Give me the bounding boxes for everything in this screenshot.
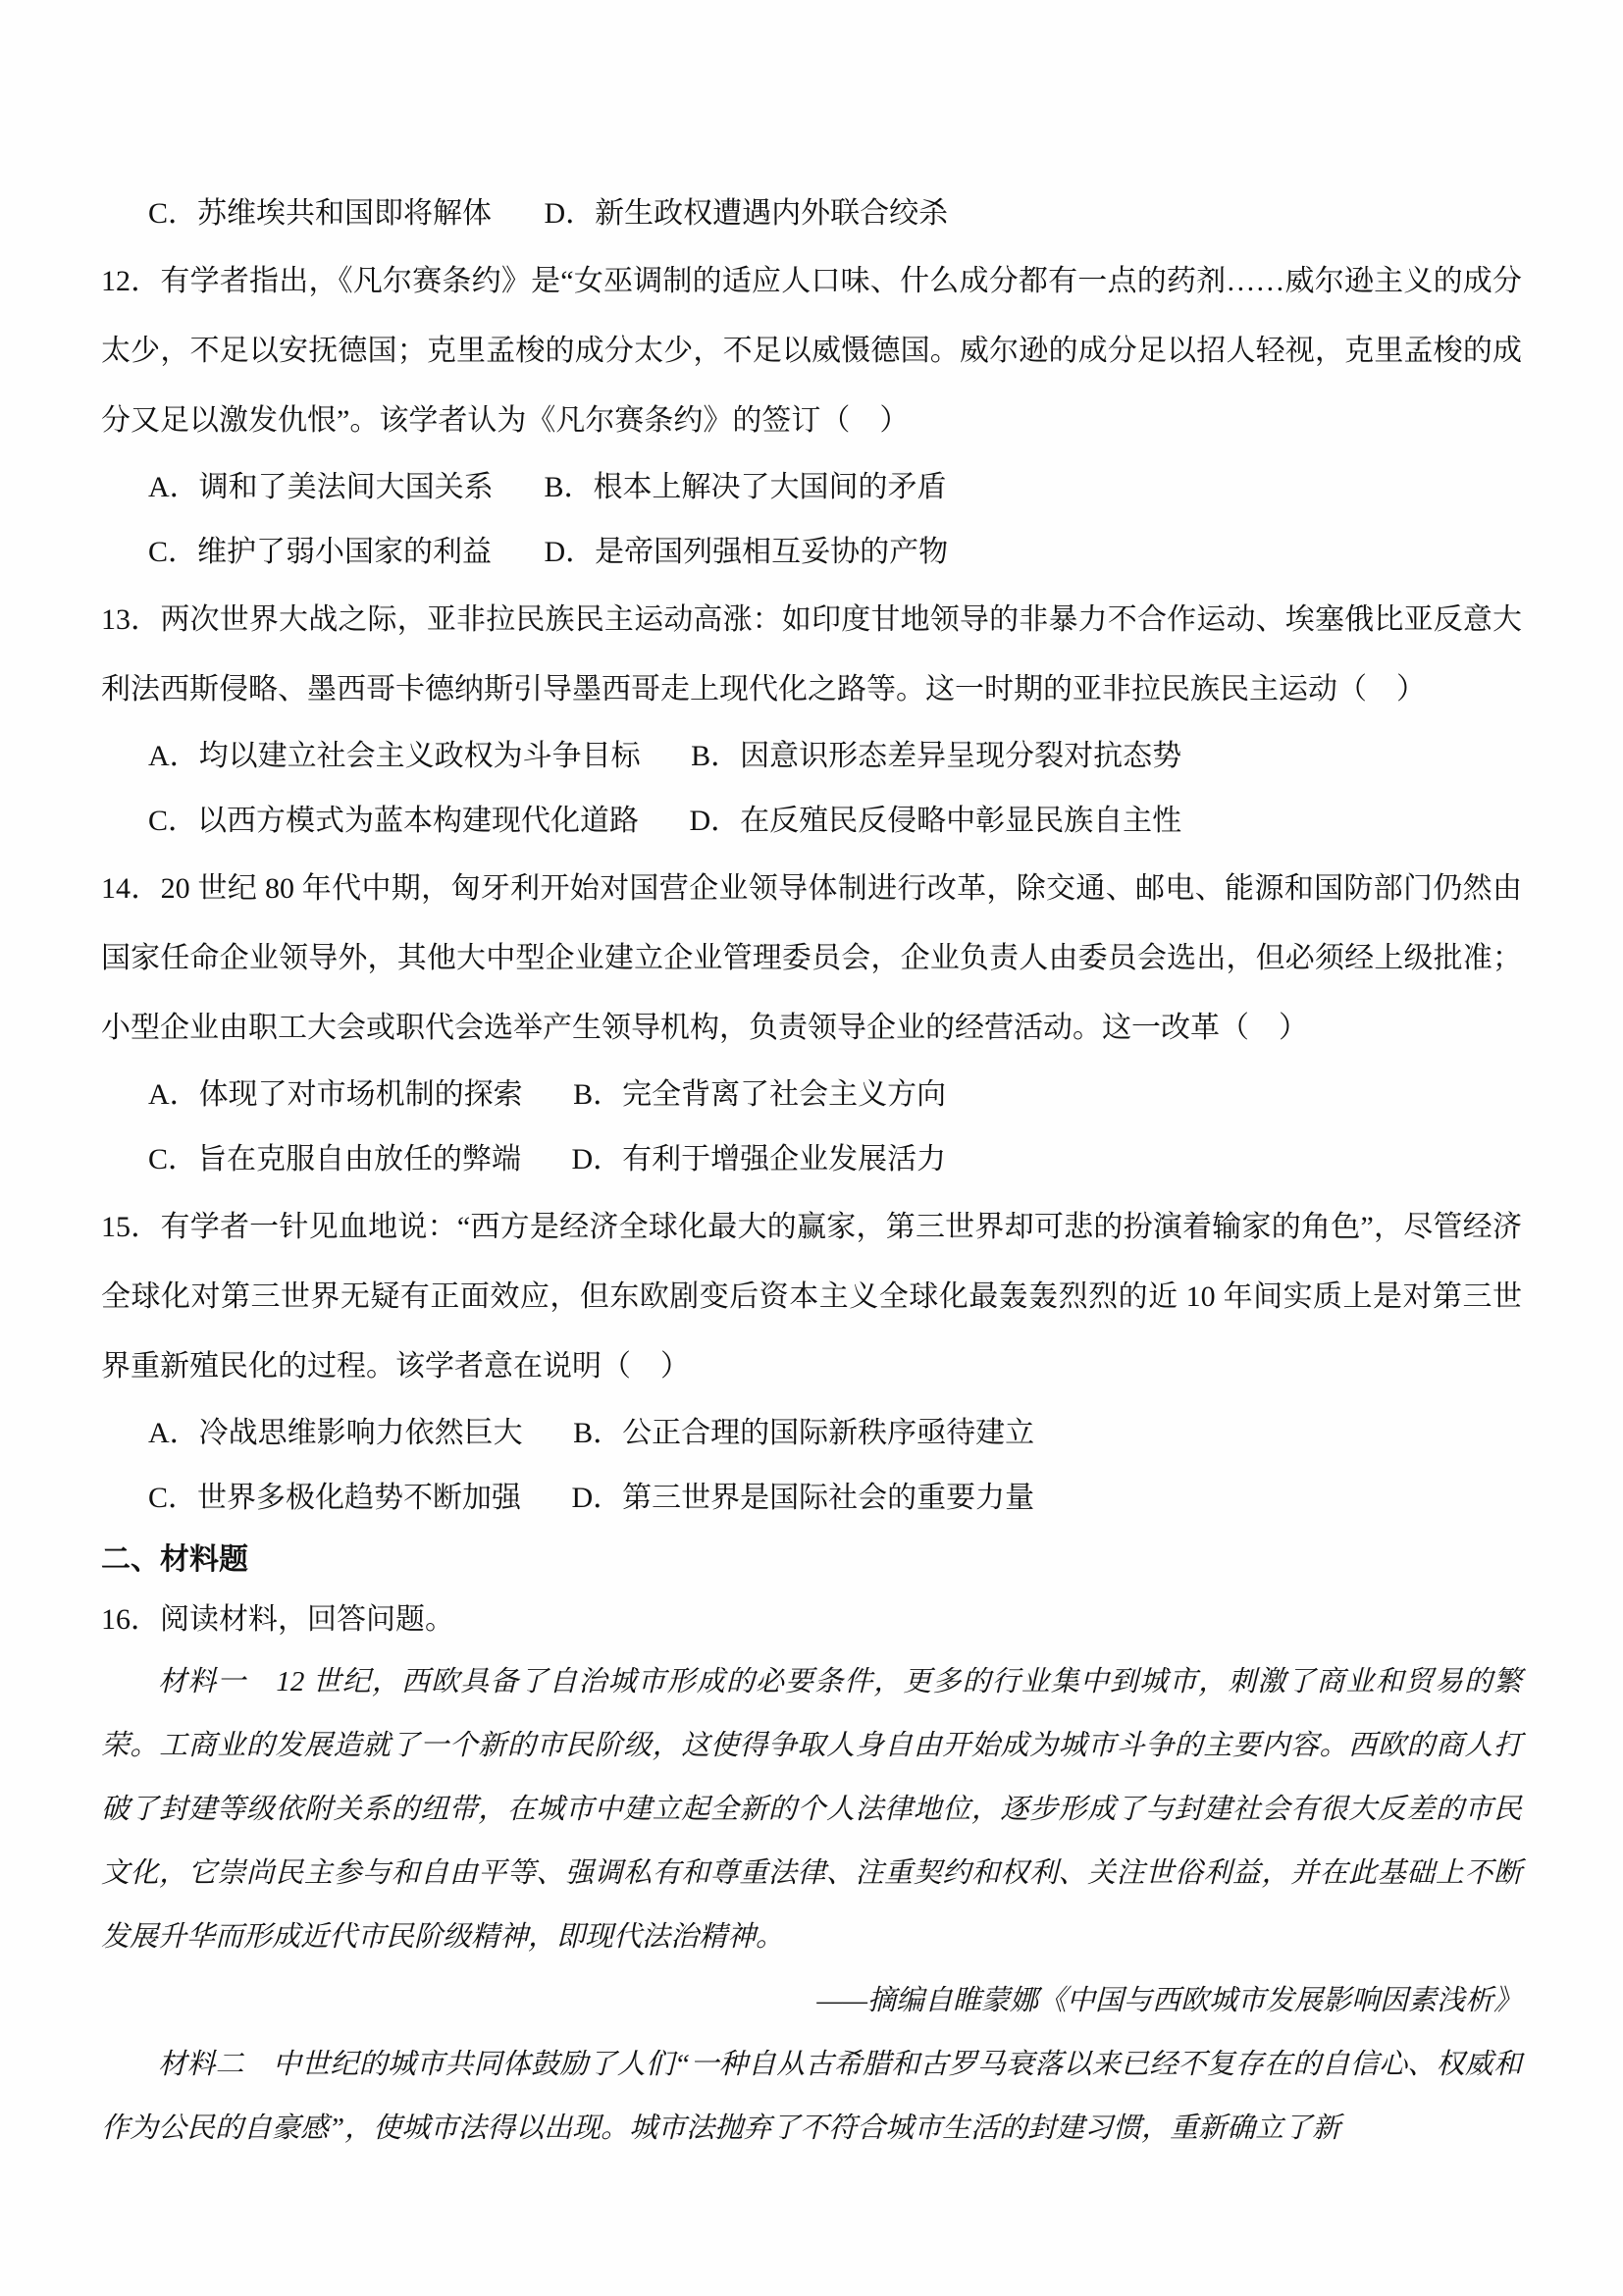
- q11-option-c: C．苏维埃共和国即将解体: [148, 182, 494, 246]
- q12-option-a: A．调和了美法间大国关系: [148, 455, 494, 520]
- q14-option-a: A．体现了对市场机制的探索: [148, 1063, 523, 1127]
- q15-option-d: D．第三世界是国际社会的重要力量: [572, 1482, 1035, 1514]
- question-14-stem: 14．20 世纪 80 年代中期，匈牙利开始对国营企业领导体制进行改革，除交通、…: [101, 854, 1522, 1063]
- q13-option-b: B．因意识形态差异呈现分裂对抗态势: [691, 740, 1181, 772]
- q15-option-b: B．公正合理的国际新秩序亟待建立: [573, 1417, 1034, 1449]
- q13-option-d: D．在反殖民反侵略中彰显民族自主性: [690, 805, 1182, 837]
- question-16-material-1-attribution: ——摘编自睢蒙娜《中国与西欧城市发展影响因素浅析》: [101, 1969, 1522, 2033]
- question-12-options-row-ab: A．调和了美法间大国关系 B．根本上解决了大国间的矛盾: [148, 455, 1522, 520]
- question-12-options-row-cd: C．维护了弱小国家的利益 D．是帝国列强相互妥协的产物: [148, 520, 1522, 585]
- question-15-options-row-cd: C．世界多极化趋势不断加强 D．第三世界是国际社会的重要力量: [148, 1466, 1522, 1531]
- section-2-header: 二、材料题: [101, 1531, 1522, 1590]
- q13-option-c: C．以西方模式为蓝本构建现代化道路: [148, 789, 639, 854]
- q12-option-c: C．维护了弱小国家的利益: [148, 520, 494, 585]
- q12-option-d: D．是帝国列强相互妥协的产物: [545, 536, 949, 568]
- q13-option-a: A．均以建立社会主义政权为斗争目标: [148, 724, 641, 789]
- question-14-options-row-cd: C．旨在克服自由放任的弊端 D．有利于增强企业发展活力: [148, 1127, 1522, 1192]
- question-16-material-2: 材料二 中世纪的城市共同体鼓励了人们“一种自从古希腊和古罗马衰落以来已经不复存在…: [101, 2033, 1522, 2161]
- q15-option-a: A．冷战思维影响力依然巨大: [148, 1401, 523, 1466]
- question-11-options-row-cd: C．苏维埃共和国即将解体 D．新生政权遭遇内外联合绞杀: [148, 182, 1522, 246]
- question-16-material-1: 材料一 12 世纪，西欧具备了自治城市形成的必要条件，更多的行业集中到城市，刺激…: [101, 1650, 1522, 1969]
- question-12-stem: 12．有学者指出，《凡尔赛条约》是“女巫调制的适应人口味、什么成分都有一点的药剂…: [101, 246, 1522, 455]
- question-13-options-row-ab: A．均以建立社会主义政权为斗争目标 B．因意识形态差异呈现分裂对抗态势: [148, 724, 1522, 789]
- question-13-options-row-cd: C．以西方模式为蓝本构建现代化道路 D．在反殖民反侵略中彰显民族自主性: [148, 789, 1522, 854]
- q14-option-c: C．旨在克服自由放任的弊端: [148, 1127, 521, 1192]
- q15-option-c: C．世界多极化趋势不断加强: [148, 1466, 521, 1531]
- exam-page: C．苏维埃共和国即将解体 D．新生政权遭遇内外联合绞杀 12．有学者指出，《凡尔…: [0, 0, 1623, 2296]
- q12-option-b: B．根本上解决了大国间的矛盾: [545, 471, 947, 503]
- question-15-options-row-ab: A．冷战思维影响力依然巨大 B．公正合理的国际新秩序亟待建立: [148, 1401, 1522, 1466]
- question-15-stem: 15．有学者一针见血地说：“西方是经济全球化最大的赢家，第三世界却可悲的扮演着输…: [101, 1192, 1522, 1401]
- q11-option-d: D．新生政权遭遇内外联合绞杀: [545, 197, 949, 230]
- q14-option-d: D．有利于增强企业发展活力: [572, 1143, 947, 1175]
- question-14-options-row-ab: A．体现了对市场机制的探索 B．完全背离了社会主义方向: [148, 1063, 1522, 1127]
- question-13-stem: 13．两次世界大战之际，亚非拉民族民主运动高涨：如印度甘地领导的非暴力不合作运动…: [101, 585, 1522, 724]
- q14-option-b: B．完全背离了社会主义方向: [573, 1078, 946, 1111]
- question-16-intro: 16．阅读材料，回答问题。: [101, 1590, 1522, 1650]
